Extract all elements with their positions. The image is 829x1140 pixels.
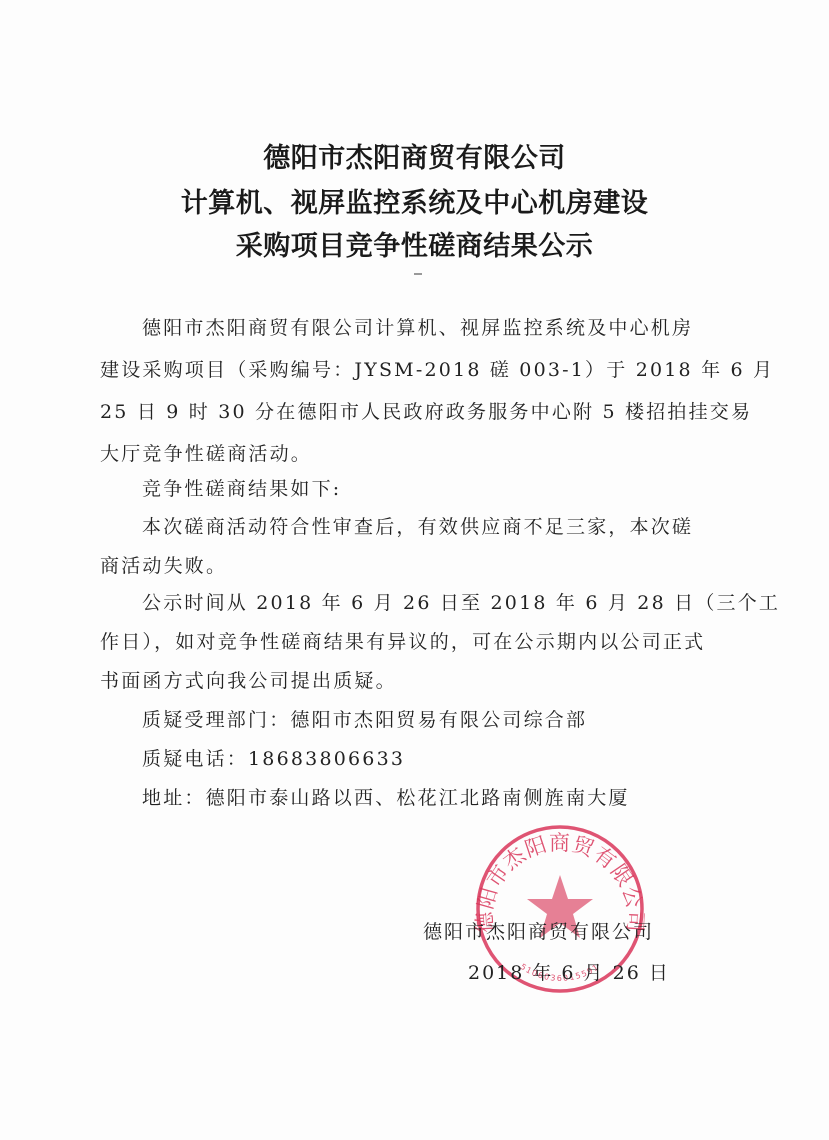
body-line: 大厅竞争性磋商活动。 [100, 439, 312, 466]
title-line-2: 计算机、视屏监控系统及中心机房建设 [0, 181, 829, 220]
objection-phone: 质疑电话：18683806633 [142, 744, 405, 771]
body-line: 本次磋商活动符合性审查后，有效供应商不足三家，本次磋 [142, 512, 693, 539]
scan-mark [414, 273, 422, 275]
body-line: 公示时间从 2018 年 6 月 26 日至 2018 年 6 月 28 日（三… [142, 588, 780, 615]
body-line: 商活动失败。 [100, 551, 227, 578]
body-line: 建设采购项目（采购编号：JYSM-2018 磋 003-1）于 2018 年 6… [100, 355, 774, 382]
document-page: 德阳市杰阳商贸有限公司 计算机、视屏监控系统及中心机房建设 采购项目竞争性磋商结… [0, 0, 829, 1140]
signature-date: 2018 年 6 月 26 日 [468, 958, 670, 985]
body-line: 书面函方式向我公司提出质疑。 [100, 666, 397, 693]
body-line: 作日），如对竞争性磋商结果有异议的，可在公示期内以公司正式 [100, 627, 705, 654]
title-line-1: 德阳市杰阳商贸有限公司 [0, 136, 829, 175]
objection-department: 质疑受理部门：德阳市杰阳贸易有限公司综合部 [142, 705, 587, 732]
address: 地址：德阳市泰山路以西、松花江北路南侧旌南大厦 [142, 783, 630, 810]
body-line: 德阳市杰阳商贸有限公司计算机、视屏监控系统及中心机房 [142, 313, 693, 340]
signature-company: 德阳市杰阳商贸有限公司 [423, 917, 654, 944]
title-line-3: 采购项目竞争性磋商结果公示 [0, 224, 829, 263]
result-heading: 竞争性磋商结果如下: [142, 474, 341, 501]
body-line: 25 日 9 时 30 分在德阳市人民政府政务服务中心附 5 楼招拍挂交易 [100, 397, 752, 424]
